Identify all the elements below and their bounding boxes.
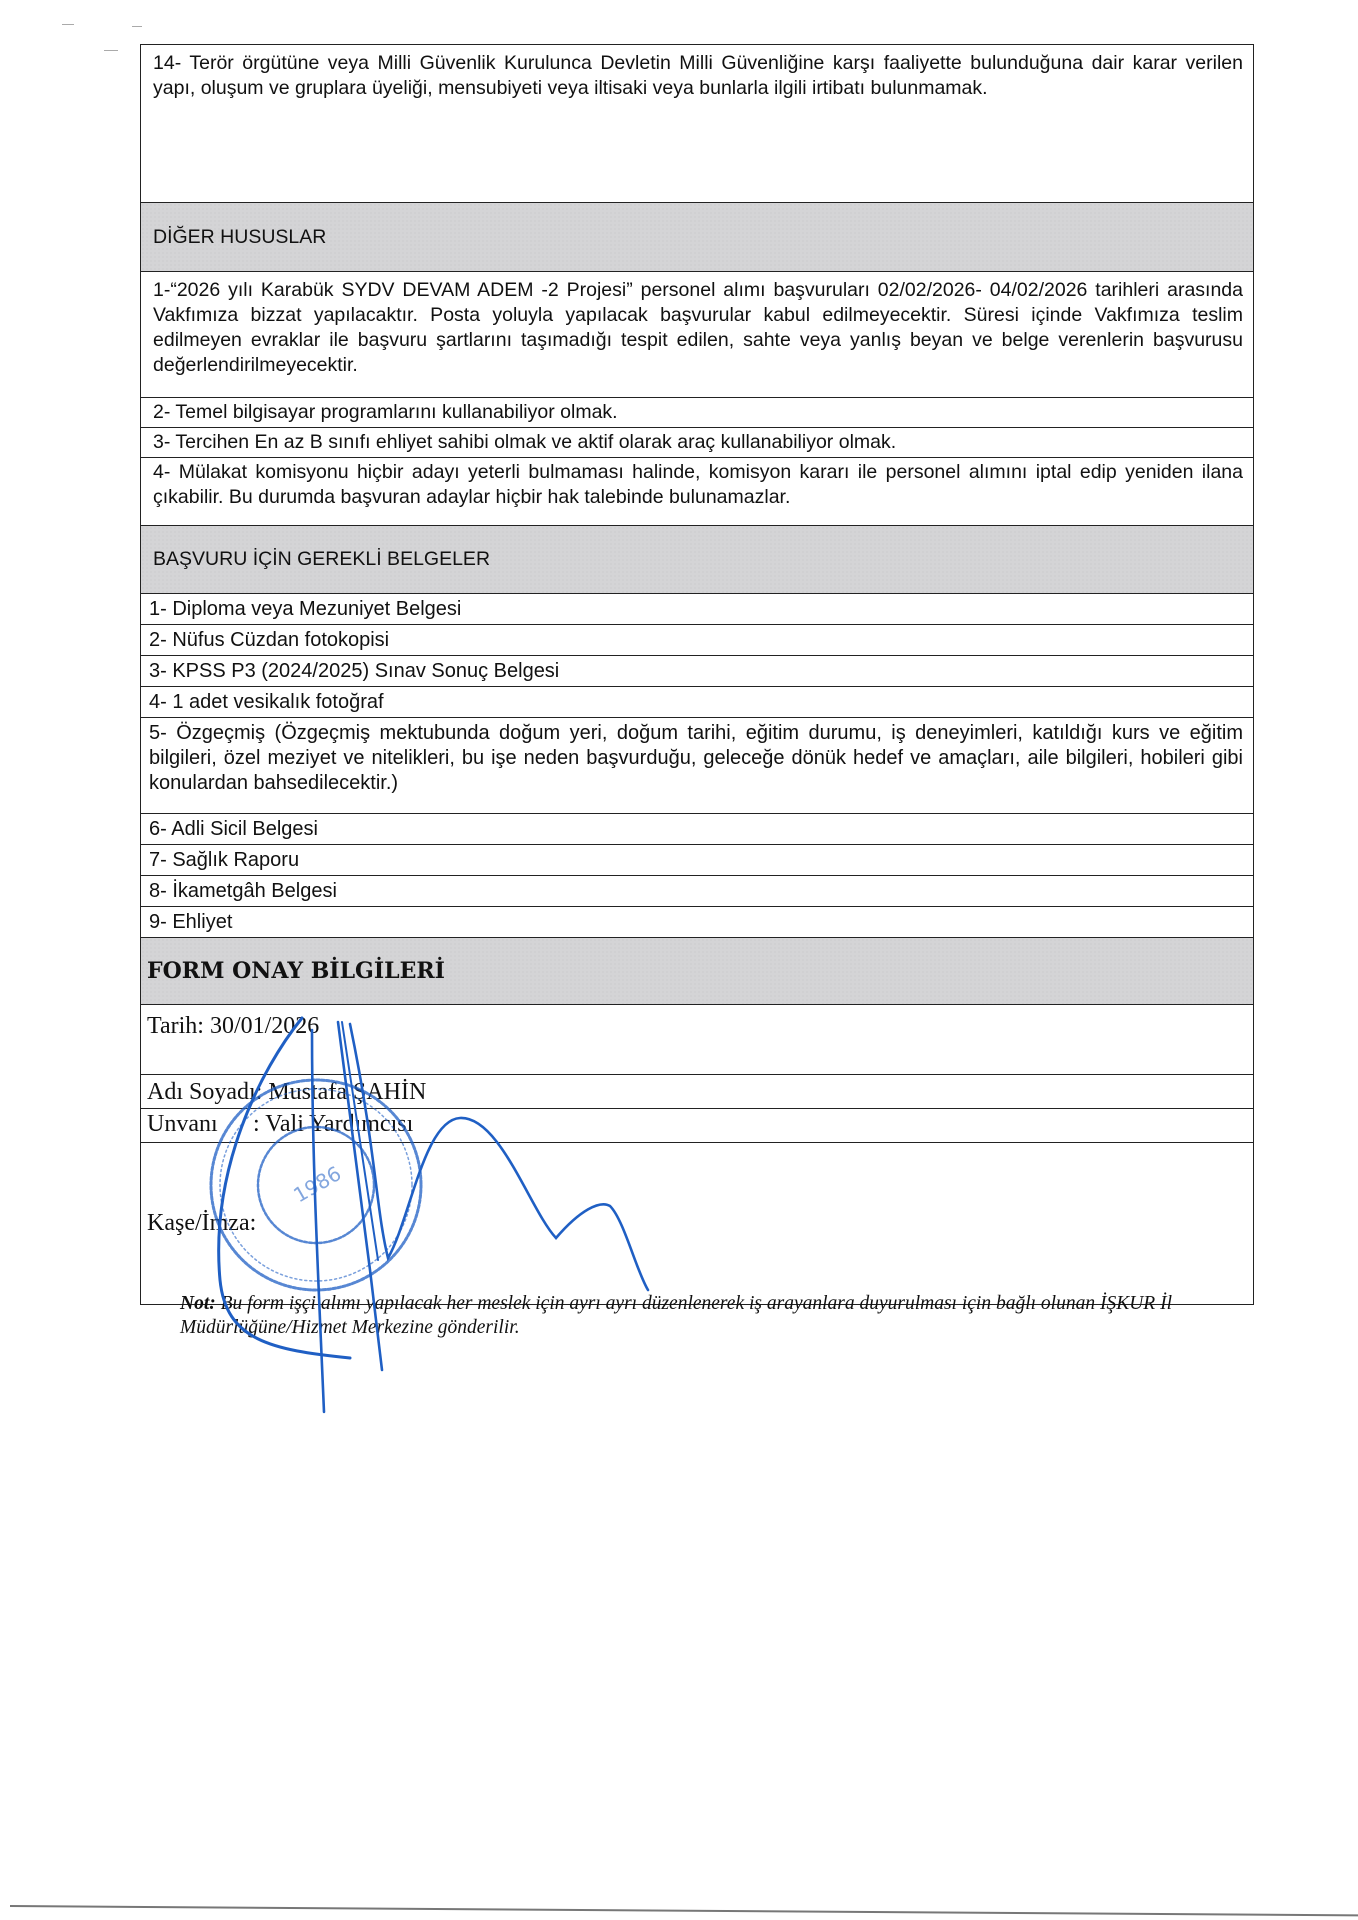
other-matter-item: 2- Temel bilgisayar programlarını kullan… bbox=[141, 398, 1253, 428]
note-label: Not: bbox=[180, 1293, 216, 1314]
other-matter-item: 4- Mülakat komisyonu hiçbir adayı yeterl… bbox=[141, 458, 1253, 526]
approval-signature-row: Kaşe/İmza: bbox=[141, 1143, 1253, 1305]
section-header-form-approval: FORM ONAY BİLGİLERİ bbox=[141, 938, 1253, 1005]
form-table: 14- Terör örgütüne veya Milli Güvenlik K… bbox=[140, 44, 1254, 1305]
document-item: 6- Adli Sicil Belgesi bbox=[141, 814, 1253, 845]
scan-artifact bbox=[62, 24, 74, 25]
document-item: 5- Özgeçmiş (Özgeçmiş mektubunda doğum y… bbox=[141, 718, 1253, 814]
scan-artifact bbox=[132, 26, 142, 27]
approval-title-label: Unvanı bbox=[147, 1111, 253, 1138]
footnote: Not: Bu form işçi alımı yapılacak her me… bbox=[180, 1292, 1240, 1340]
other-matter-item: 3- Tercihen En az B sınıfı ehliyet sahib… bbox=[141, 428, 1253, 458]
document-item: 2- Nüfus Cüzdan fotokopisi bbox=[141, 625, 1253, 656]
section-header-required-documents: BAŞVURU İÇİN GEREKLİ BELGELER bbox=[141, 526, 1253, 594]
document-item: 7- Sağlık Raporu bbox=[141, 845, 1253, 876]
page-bottom-edge bbox=[10, 1905, 1358, 1916]
note-text: Bu form işçi alımı yapılacak her meslek … bbox=[180, 1293, 1172, 1338]
scan-artifact bbox=[104, 50, 118, 51]
requirement-item-14: 14- Terör örgütüne veya Milli Güvenlik K… bbox=[141, 44, 1253, 203]
scanned-page: 14- Terör örgütüne veya Milli Güvenlik K… bbox=[0, 0, 1358, 1920]
approval-title-value: : Vali Yardımcısı bbox=[253, 1111, 413, 1137]
signature-label: Kaşe/İmza: bbox=[147, 1210, 256, 1237]
approval-title-row: Unvanı: Vali Yardımcısı bbox=[141, 1109, 1253, 1143]
document-item: 4- 1 adet vesikalık fotoğraf bbox=[141, 687, 1253, 718]
document-item: 9- Ehliyet bbox=[141, 907, 1253, 938]
document-item: 1- Diploma veya Mezuniyet Belgesi bbox=[141, 594, 1253, 625]
approval-name: Adı Soyadı: Mustafa ŞAHİN bbox=[141, 1075, 1253, 1109]
section-header-other-matters: DİĞER HUSUSLAR bbox=[141, 203, 1253, 272]
document-item: 8- İkametgâh Belgesi bbox=[141, 876, 1253, 907]
document-item: 3- KPSS P3 (2024/2025) Sınav Sonuç Belge… bbox=[141, 656, 1253, 687]
approval-date: Tarih: 30/01/2026 bbox=[141, 1005, 1253, 1075]
other-matter-item: 1-“2026 yılı Karabük SYDV DEVAM ADEM -2 … bbox=[141, 272, 1253, 398]
